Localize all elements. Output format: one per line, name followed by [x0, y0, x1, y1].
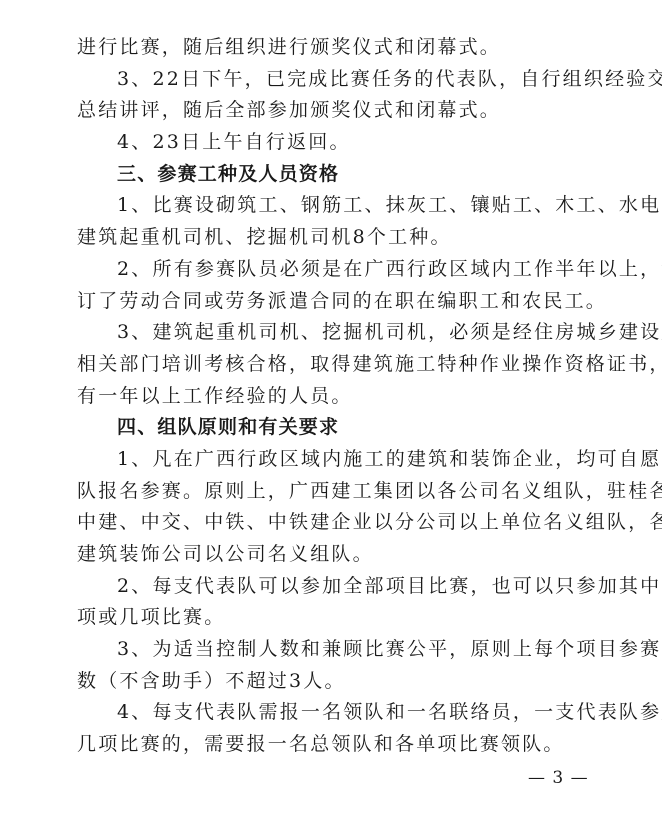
section-heading-3: 三、参赛工种及人员资格	[77, 159, 589, 191]
text-line: 相关部门培训考核合格，取得建筑施工特种作业操作资格证书，	[77, 349, 589, 381]
text-line: 1、比赛设砌筑工、钢筋工、抹灰工、镶贴工、木工、水电工、	[77, 190, 589, 222]
text-line: 项或几项比赛。	[77, 602, 589, 634]
text-line: 3、22日下午，已完成比赛任务的代表队，自行组织经验交流、	[77, 64, 589, 96]
text-line: 4、每支代表队需报一名领队和一名联络员，一支代表队参加	[77, 697, 589, 729]
text-line: 中建、中交、中铁、中铁建企业以分公司以上单位名义组队，各	[77, 507, 589, 539]
text-line: 2、所有参赛队员必须是在广西行政区域内工作半年以上，签	[77, 254, 589, 286]
text-line: 总结讲评，随后全部参加颁奖仪式和闭幕式。	[77, 95, 589, 127]
text-line: 3、建筑起重机司机、挖掘机司机，必须是经住房城乡建设厅	[77, 317, 589, 349]
text-line: 几项比赛的，需要报一名总领队和各单项比赛领队。	[77, 729, 589, 761]
text-line: 2、每支代表队可以参加全部项目比赛，也可以只参加其中一	[77, 571, 589, 603]
page-number: — 3 —	[528, 768, 589, 788]
text-line: 建筑装饰公司以公司名义组队。	[77, 539, 589, 571]
text-line: 订了劳动合同或劳务派遣合同的在职在编职工和农民工。	[77, 286, 589, 318]
text-line: 3、为适当控制人数和兼顾比赛公平，原则上每个项目参赛人	[77, 634, 589, 666]
text-line: 进行比赛，随后组织进行颁奖仪式和闭幕式。	[77, 32, 589, 64]
text-line: 有一年以上工作经验的人员。	[77, 381, 589, 413]
text-line: 1、凡在广西行政区域内施工的建筑和装饰企业，均可自愿组	[77, 444, 589, 476]
text-line: 数（不含助手）不超过3人。	[77, 666, 589, 698]
text-line: 队报名参赛。原则上，广西建工集团以各公司名义组队，驻桂各	[77, 476, 589, 508]
text-line: 建筑起重机司机、挖掘机司机8个工种。	[77, 222, 589, 254]
section-heading-4: 四、组队原则和有关要求	[77, 412, 589, 444]
document-page: 进行比赛，随后组织进行颁奖仪式和闭幕式。 3、22日下午，已完成比赛任务的代表队…	[77, 32, 589, 761]
text-line: 4、23日上午自行返回。	[77, 127, 589, 159]
